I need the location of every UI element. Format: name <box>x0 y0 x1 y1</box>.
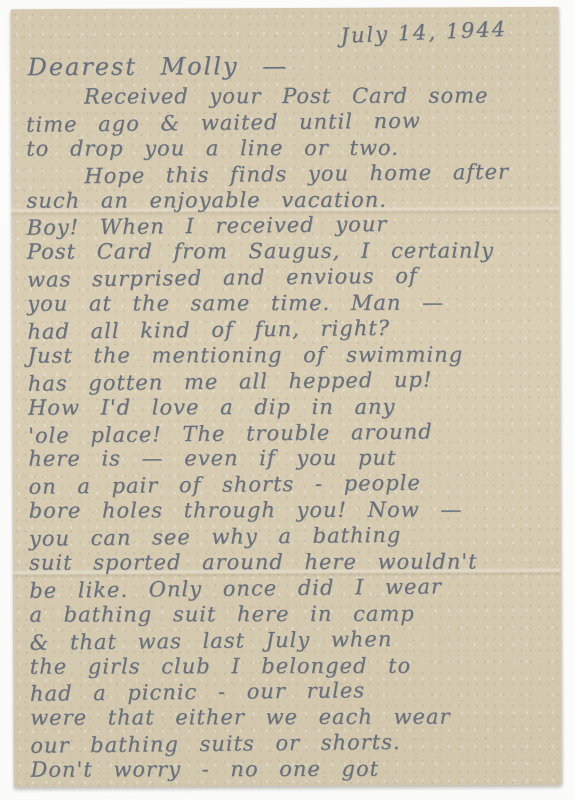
letter-line: a bathing suit here in camp <box>29 601 553 628</box>
letter-line: Don't worry - no one got <box>30 756 554 783</box>
letter-line: 'ole place! The trouble around <box>28 418 552 449</box>
letter-line: & that was last July when <box>29 625 553 656</box>
letter-line: had all kind of fun, right? <box>27 314 551 345</box>
letter-line: Post Card from Saugus, I certainly <box>27 239 551 266</box>
letter-line: suit sported around here wouldn't <box>29 549 553 576</box>
letter-line: be like. Only once did I wear <box>29 573 553 604</box>
scan-background: July 14, 1944 Dearest Molly — Received y… <box>0 0 575 800</box>
letter-line: you can see why a bathing <box>29 521 553 552</box>
letter-line: time ago & waited until now <box>26 107 550 138</box>
letter-line: our bathing suits or shorts. <box>30 728 554 759</box>
letter-paper: July 14, 1944 Dearest Molly — Received y… <box>10 7 561 787</box>
letter-line: you at the same time. Man — <box>27 290 551 317</box>
letter-line: Received your Post Card some <box>26 83 550 110</box>
letter-line: was surprised and envious of <box>27 262 551 293</box>
letter-line: How I'd love a dip in any <box>28 394 552 421</box>
letter-line: were that either we each wear <box>30 705 554 732</box>
letter-date: July 14, 1944 <box>340 17 508 48</box>
letter-line: such an enjoyable vacation. <box>26 187 550 214</box>
letter-line: had a picnic - our rules <box>30 677 554 708</box>
letter-body: Received your Post Card some time ago & … <box>26 82 555 785</box>
letter-line: Boy! When I received your <box>27 211 551 242</box>
letter-line: Just the mentioning of swimming <box>28 342 552 369</box>
letter-line: on a pair of shorts - people <box>28 470 552 501</box>
letter-salutation: Dearest Molly — <box>27 52 288 81</box>
letter-line: bore holes through you! Now — <box>29 498 553 525</box>
letter-line: here is — even if you put <box>28 446 552 473</box>
letter-line: Hope this finds you home after <box>26 159 550 190</box>
letter-line: to drop you a line or two. <box>26 135 550 162</box>
letter-line: has gotten me all hepped up! <box>28 366 552 397</box>
